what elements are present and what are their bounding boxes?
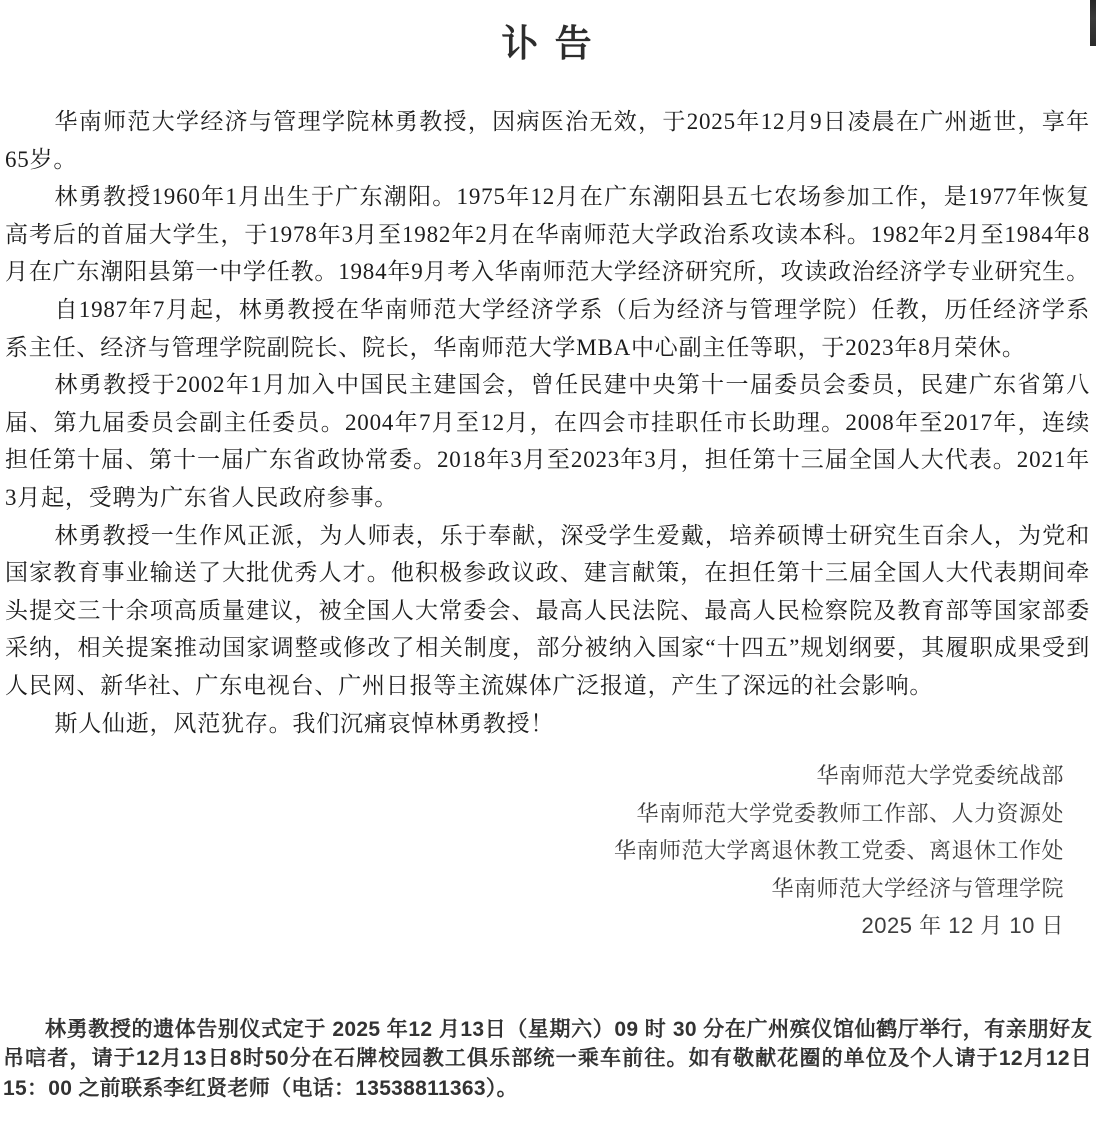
page-title: 讣 告 (0, 0, 1096, 66)
obituary-paragraph-achievements: 林勇教授一生作风正派，为人师表，乐于奉献，深受学生爱戴，培养硕博士研究生百余人，… (5, 517, 1090, 705)
signature-line: 华南师范大学党委统战部 (0, 757, 1064, 795)
scrollbar-thumb[interactable] (1090, 0, 1096, 46)
signature-block: 华南师范大学党委统战部 华南师范大学党委教师工作部、人力资源处 华南师范大学离退… (0, 757, 1096, 945)
obituary-paragraph-career: 自1987年7月起，林勇教授在华南师范大学经济学系（后为经济与管理学院）任教，历… (5, 291, 1090, 366)
signature-line: 华南师范大学党委教师工作部、人力资源处 (0, 795, 1064, 833)
signature-date: 2025 年 12 月 10 日 (0, 907, 1064, 945)
obituary-paragraph-public-service: 林勇教授于2002年1月加入中国民主建国会，曾任民建中央第十一届委员会委员，民建… (5, 366, 1090, 516)
obituary-body: 华南师范大学经济与管理学院林勇教授，因病医治无效，于2025年12月9日凌晨在广… (0, 103, 1096, 742)
obituary-paragraph-early-life: 林勇教授1960年1月出生于广东潮阳。1975年12月在广东潮阳县五七农场参加工… (5, 178, 1090, 291)
obituary-paragraph-intro: 华南师范大学经济与管理学院林勇教授，因病医治无效，于2025年12月9日凌晨在广… (5, 103, 1090, 178)
signature-line: 华南师范大学离退休教工党委、离退休工作处 (0, 832, 1064, 870)
signature-line: 华南师范大学经济与管理学院 (0, 870, 1064, 908)
obituary-document: 讣 告 华南师范大学经济与管理学院林勇教授，因病医治无效，于2025年12月9日… (0, 0, 1096, 1148)
obituary-paragraph-condolence: 斯人仙逝，风范犹存。我们沉痛哀悼林勇教授！ (5, 705, 1090, 743)
memorial-ceremony-notice: 林勇教授的遗体告别仪式定于 2025 年12 月13日（星期六）09 时 30 … (0, 1015, 1096, 1104)
